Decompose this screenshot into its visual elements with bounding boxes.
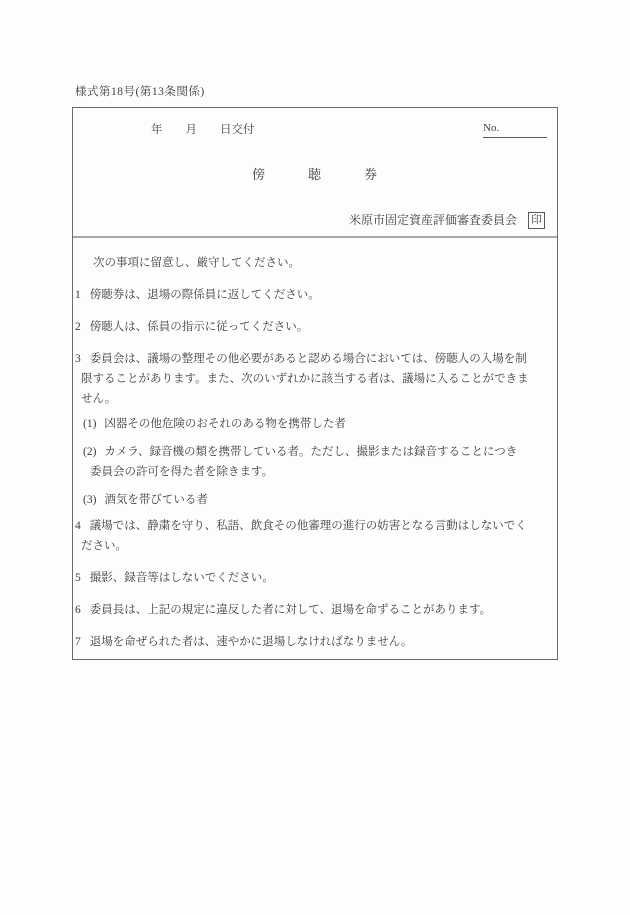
notice-subitem-1: (1)凶器その他危険のおそれのある物を携帯した者 [73,414,549,434]
item-text: 委員長は、上記の規定に違反した者に対して、退場を命ずることがあります。 [90,604,491,616]
notes-section: 次の事項に留意し、厳守してください。 1傍聴券は、退場の際係員に返してください。… [73,238,557,652]
notice-subitem-2: (2)カメラ、録音機の類を携帯している者。ただし、撮影または録音することにつき … [73,442,549,482]
notice-item-4: 4議場では、静粛を守り、私語、飲食その他審理の進行の妨害となる言動はしないでく … [73,516,549,556]
item-text: 退場を命ぜられた者は、速やかに退場しなければなりません。 [90,636,413,648]
subitem-number: (2) [83,446,96,458]
item-number: 7 [75,636,81,648]
form-number-label: 様式第18号(第13条関係) [75,85,205,99]
item-number: 5 [75,572,81,584]
item-number: 4 [75,520,81,532]
subitem-text: カメラ、録音機の類を携帯している者。ただし、撮影または録音することにつき 委員会… [90,446,517,478]
ticket-number-field: No. [483,120,547,138]
subitem-number: (1) [83,418,96,430]
item-text: 委員会は、議場の整理その他必要があると認める場合においては、傍聴人の入場を制 限… [81,353,529,405]
notice-item-5: 5撮影、録音等はしないでください。 [73,568,549,588]
ticket-box: 年 月 日交付 No. 傍 聴 券 米原市固定資産評価審査委員会 印 次の事項に… [72,107,558,660]
item-text: 傍聴人は、係員の指示に従ってください。 [90,321,309,333]
committee-row: 米原市固定資産評価審査委員会 印 [73,210,557,230]
committee-name: 米原市固定資産評価審査委員会 [349,213,517,227]
issue-date-line: 年 月 日交付 [151,120,255,140]
subitem-number: (3) [83,494,96,506]
item-number: 3 [75,353,81,365]
notes-intro: 次の事項に留意し、厳守してください。 [73,253,549,273]
notice-item-1: 1傍聴券は、退場の際係員に返してください。 [73,285,549,305]
subitem-text: 酒気を帯びている者 [104,494,208,506]
item-number: 1 [75,289,81,301]
notice-subitem-3: (3)酒気を帯びている者 [73,490,549,510]
ticket-header: 年 月 日交付 No. 傍 聴 券 米原市固定資産評価審査委員会 印 [73,108,557,238]
notice-item-2: 2傍聴人は、係員の指示に従ってください。 [73,317,549,337]
ticket-number-label: No. [483,122,499,134]
document-page: 様式第18号(第13条関係) 年 月 日交付 No. 傍 聴 券 米原市固定資産… [0,0,630,915]
ticket-title: 傍 聴 券 [73,164,557,186]
seal-mark: 印 [528,212,545,229]
item-number: 2 [75,321,81,333]
item-text: 撮影、録音等はしないでください。 [90,572,274,584]
item-text: 傍聴券は、退場の際係員に返してください。 [90,289,320,301]
item-number: 6 [75,604,81,616]
item-text: 議場では、静粛を守り、私語、飲食その他審理の進行の妨害となる言動はしないでく だ… [81,520,527,552]
notice-item-7: 7退場を命ぜられた者は、速やかに退場しなければなりません。 [73,632,549,652]
notice-item-6: 6委員長は、上記の規定に違反した者に対して、退場を命ずることがあります。 [73,600,549,620]
notice-item-3: 3委員会は、議場の整理その他必要があると認める場合においては、傍聴人の入場を制 … [73,349,549,409]
subitem-text: 凶器その他危険のおそれのある物を携帯した者 [104,418,346,430]
issue-row: 年 月 日交付 No. [73,108,557,140]
